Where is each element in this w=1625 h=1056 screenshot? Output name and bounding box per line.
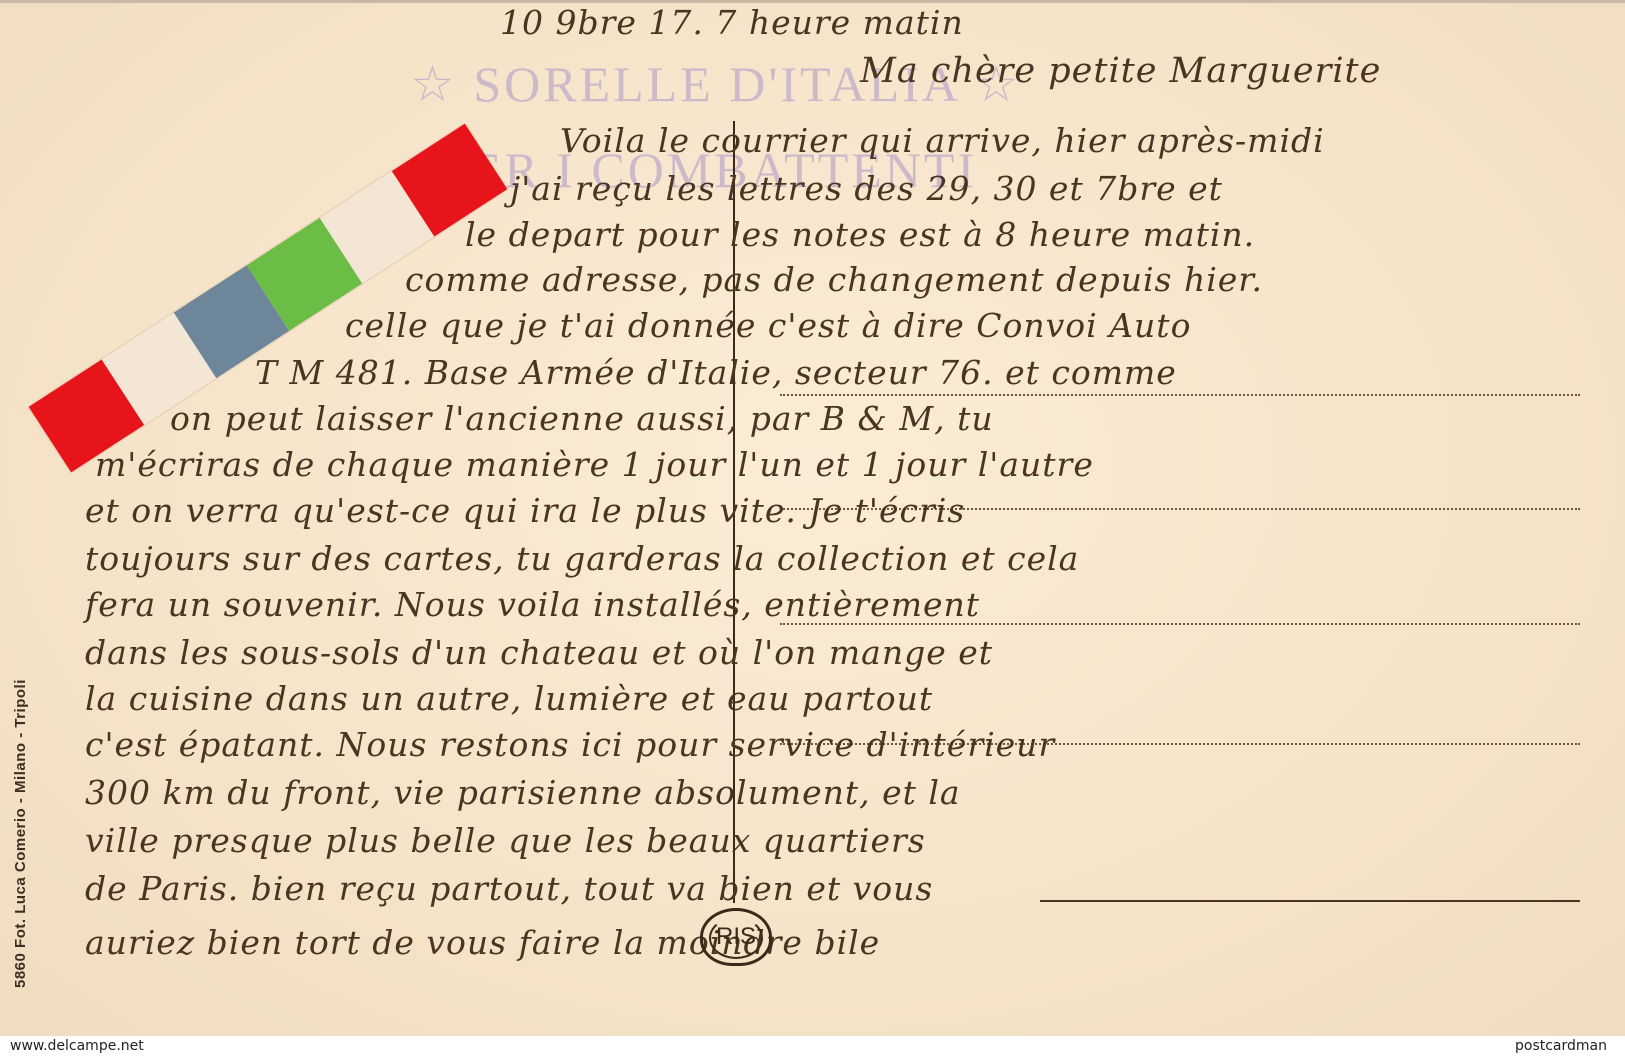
printer-imprint: 5860 Fot. Luca Comerio - Milano - Tripol… — [12, 679, 29, 988]
publisher-logo-text: RIS — [716, 923, 756, 951]
handwritten-line: et on verra qu'est-ce qui ira le plus vi… — [85, 491, 965, 530]
handwritten-line: j'ai reçu les lettres des 29, 30 et 7bre… — [510, 169, 1223, 208]
handwritten-line: toujours sur des cartes, tu garderas la … — [85, 539, 1079, 578]
address-line-1 — [780, 394, 1580, 396]
postcardman-watermark: postcardman — [1515, 1036, 1607, 1056]
handwritten-line: comme adresse, pas de changement depuis … — [405, 260, 1263, 299]
handwritten-line: m'écriras de chaque manière 1 jour l'un … — [95, 445, 1094, 484]
handwritten-line: celle que je t'ai donnée c'est à dire Co… — [345, 306, 1191, 345]
handwritten-line: Voila le courrier qui arrive, hier après… — [560, 121, 1325, 160]
handwritten-date: 10 9bre 17. 7 heure matin — [500, 3, 964, 42]
handwritten-line: la cuisine dans un autre, lumière et eau… — [85, 679, 933, 718]
handwritten-salutation: Ma chère petite Marguerite — [860, 51, 1381, 91]
publisher-logo-ris: RIS — [700, 908, 772, 966]
handwritten-line: de Paris. bien reçu partout, tout va bie… — [85, 869, 933, 908]
address-line-underline — [1040, 900, 1580, 902]
handwritten-line: fera un souvenir. Nous voila installés, … — [85, 585, 980, 624]
postcard-back: ☆ SORELLE D'ITALIA ☆ PER I COMBATTENTI 5… — [0, 0, 1625, 1036]
handwritten-line: dans les sous-sols d'un chateau et où l'… — [85, 633, 993, 672]
handwritten-line: T M 481. Base Armée d'Italie, secteur 76… — [255, 353, 1177, 392]
handwritten-line: on peut laisser l'ancienne aussi, par B … — [170, 399, 994, 438]
handwritten-line: c'est épatant. Nous restons ici pour ser… — [85, 725, 1055, 764]
handwritten-line: 300 km du front, vie parisienne absolume… — [85, 773, 961, 812]
handwritten-line: ville presque plus belle que les beaux q… — [85, 821, 926, 860]
delcampe-watermark: www.delcampe.net — [10, 1036, 144, 1056]
handwritten-line: le depart pour les notes est à 8 heure m… — [465, 215, 1255, 254]
